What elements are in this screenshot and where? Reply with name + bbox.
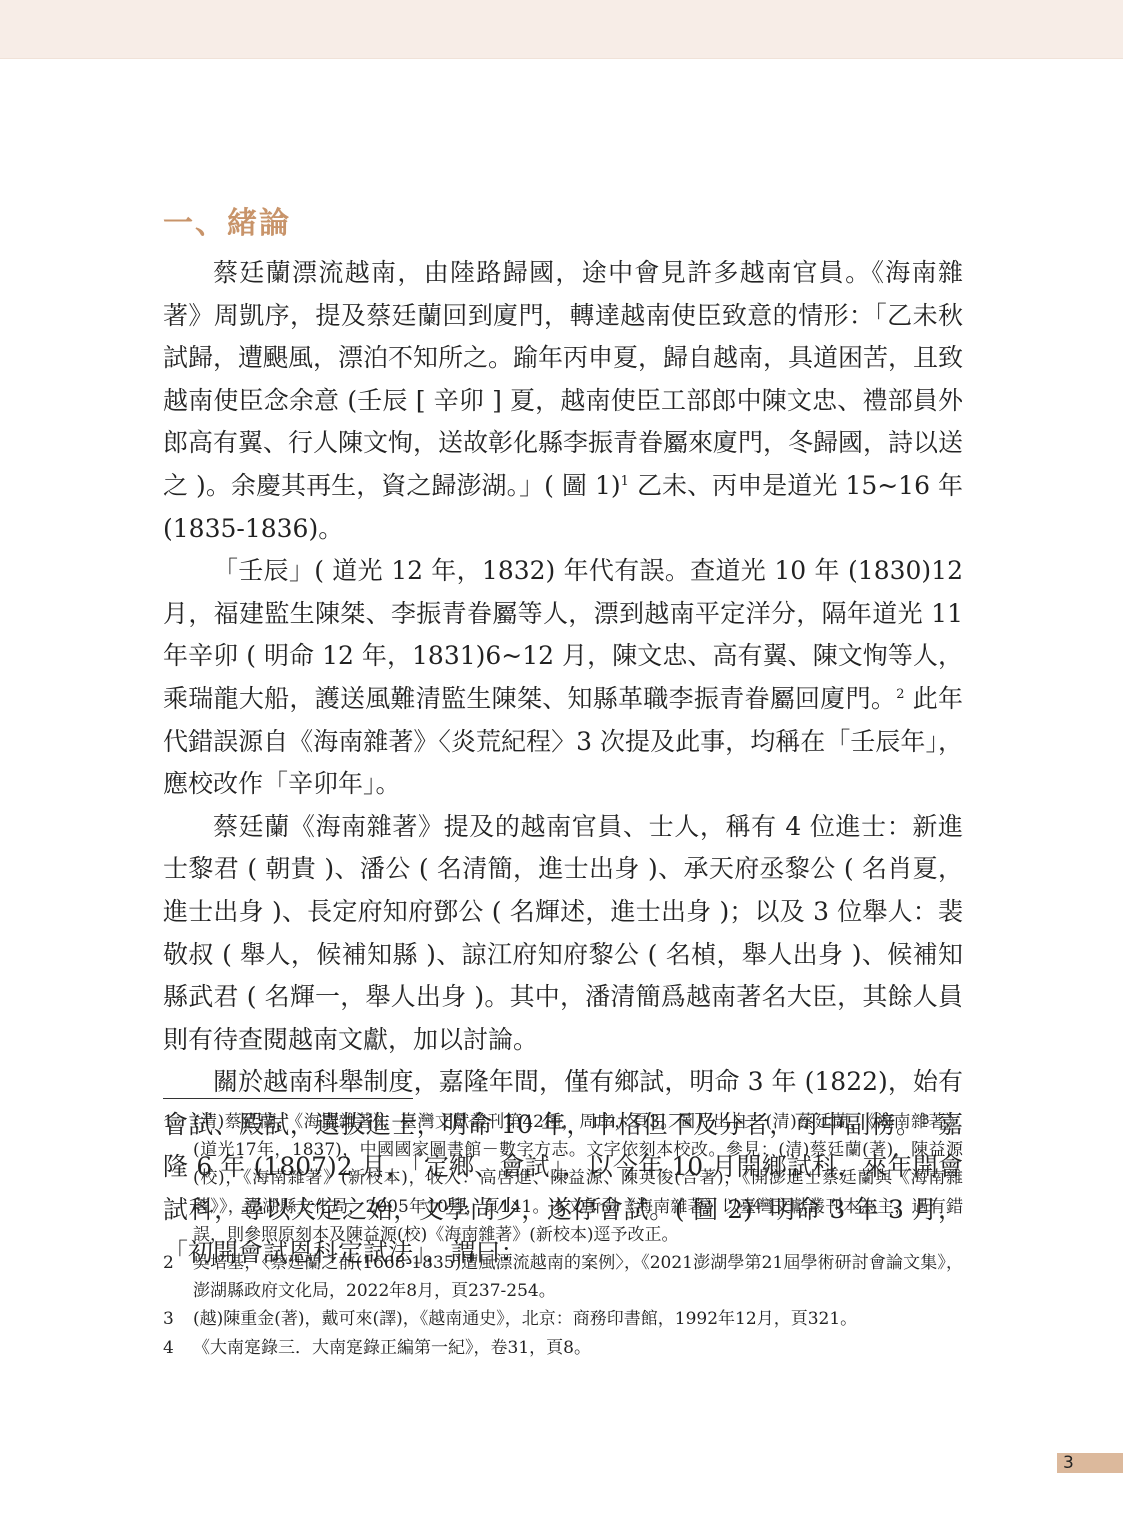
paragraph: 蔡廷蘭《海南雜著》提及的越南官員、士人，稱有 4 位進士：新進士黎君 ( 朝貴 … [163,806,963,1062]
footnote-item: 3(越)陳重金(著)，戴可來(譯)，《越南通史》，北京：商務印書館，1992年1… [163,1305,963,1333]
paragraph: 蔡廷蘭漂流越南，由陸路歸國，途中會見許多越南官員。《海南雜著》周凱序，提及蔡廷蘭… [163,252,963,550]
footnote-text: (越)陳重金(著)，戴可來(譯)，《越南通史》，北京：商務印書館，1992年12… [193,1305,963,1333]
footnote-ref[interactable]: 2 [896,687,904,702]
page-header-band [0,0,1123,59]
footnote-number: 1 [163,1108,193,1249]
paragraph: 「壬辰」( 道光 12 年，1832) 年代有誤。查道光 10 年 (1830)… [163,550,963,806]
footnote-number: 2 [163,1249,193,1305]
footnote-text: (清)蔡廷蘭，《海南雜著》，臺灣文獻叢刊第42種，周序，頁3。圖片出自：(清)蔡… [193,1108,963,1249]
footnote-text: 《大南寔錄三．大南寔錄正編第一紀》，卷31，頁8。 [193,1334,963,1362]
page-number: 3 [1057,1453,1123,1473]
footnote-text: 吳培基，〈蔡廷蘭之前(1668-1835)遭風漂流越南的案例〉，《2021澎湖學… [193,1249,963,1305]
footnote-item: 1(清)蔡廷蘭，《海南雜著》，臺灣文獻叢刊第42種，周序，頁3。圖片出自：(清)… [163,1108,963,1249]
footnote-number: 4 [163,1334,193,1362]
footnote-number: 3 [163,1305,193,1333]
footnote-divider [163,1098,413,1099]
footnotes: 1(清)蔡廷蘭，《海南雜著》，臺灣文獻叢刊第42種，周序，頁3。圖片出自：(清)… [163,1108,963,1362]
section-heading: 一、緒論 [163,198,291,242]
footnote-ref[interactable]: 1 [621,474,629,489]
footnote-item: 2吳培基，〈蔡廷蘭之前(1668-1835)遭風漂流越南的案例〉，《2021澎湖… [163,1249,963,1305]
footnote-item: 4《大南寔錄三．大南寔錄正編第一紀》，卷31，頁8。 [163,1334,963,1362]
